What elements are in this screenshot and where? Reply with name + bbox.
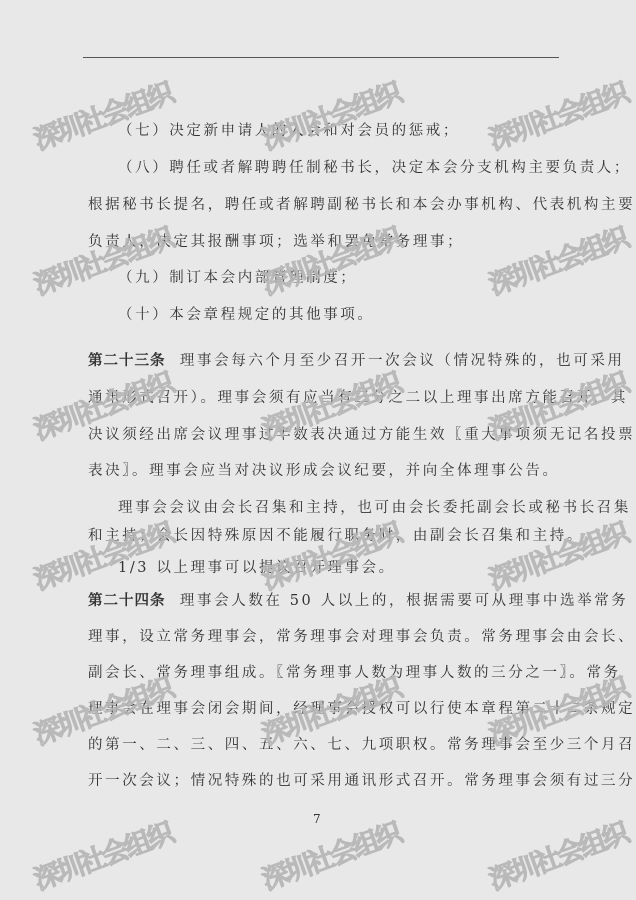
article-24-line-5: 的第一、二、三、四、五、六、七、九项职权。常务理事会至少三个月召: [88, 735, 635, 755]
watermark: 深圳社会组织: [28, 72, 177, 158]
watermark: 深圳社会组织: [256, 812, 405, 898]
article-24-line-2: 理事，设立常务理事会，常务理事会对理事会负责。常务理事会由会长、: [88, 627, 635, 647]
article-24-line-6: 开一次会议；情况特殊的也可采用通讯形式召开。常务理事会须有过三分: [88, 771, 635, 791]
clause-8: （八）聘任或者解聘聘任制秘书长，决定本会分支机构主要负责人；: [118, 158, 631, 178]
article-23-line-1: 第二十三条 理事会每六个月至少召开一次会议（情况特殊的，也可采用: [88, 351, 625, 371]
watermark: 深圳社会组织: [28, 217, 177, 303]
watermark: 深圳社会组织: [256, 217, 405, 303]
watermark: 深圳社会组织: [28, 812, 177, 898]
watermark: 深圳社会组织: [28, 512, 177, 598]
watermark: 深圳社会组织: [483, 72, 632, 158]
watermark: 深圳社会组织: [483, 512, 632, 598]
watermark: 深圳社会组织: [483, 217, 632, 303]
clause-8-cont-1: 根据秘书长提名，聘任或者解聘副秘书长和本会办事机构、代表机构主要: [88, 195, 635, 215]
clause-10: （十）本会章程规定的其他事项。: [118, 305, 375, 325]
page-number: 7: [313, 812, 321, 826]
article-23-line-4: 表决〗。理事会应当对决议形成会议纪要，并向全体理事公告。: [88, 461, 560, 481]
watermark: 深圳社会组织: [483, 812, 632, 898]
article-24-heading: 第二十四条: [88, 593, 166, 609]
watermark: 深圳社会组织: [256, 512, 405, 598]
watermark: 深圳社会组织: [256, 72, 405, 158]
article-24-line-1: 第二十四条 理事会人数在 50 人以上的，根据需要可从理事中选举常务: [88, 591, 628, 611]
article-23-para-2-line-1: 理事会会议由会长召集和主持，也可由会长委托副会长或秘书长召集: [118, 498, 631, 518]
article-23-line-3: 决议须经出席会议理事过半数表决通过方能生效〖重大事项须无记名投票: [88, 425, 635, 445]
header-rule: [83, 57, 559, 58]
